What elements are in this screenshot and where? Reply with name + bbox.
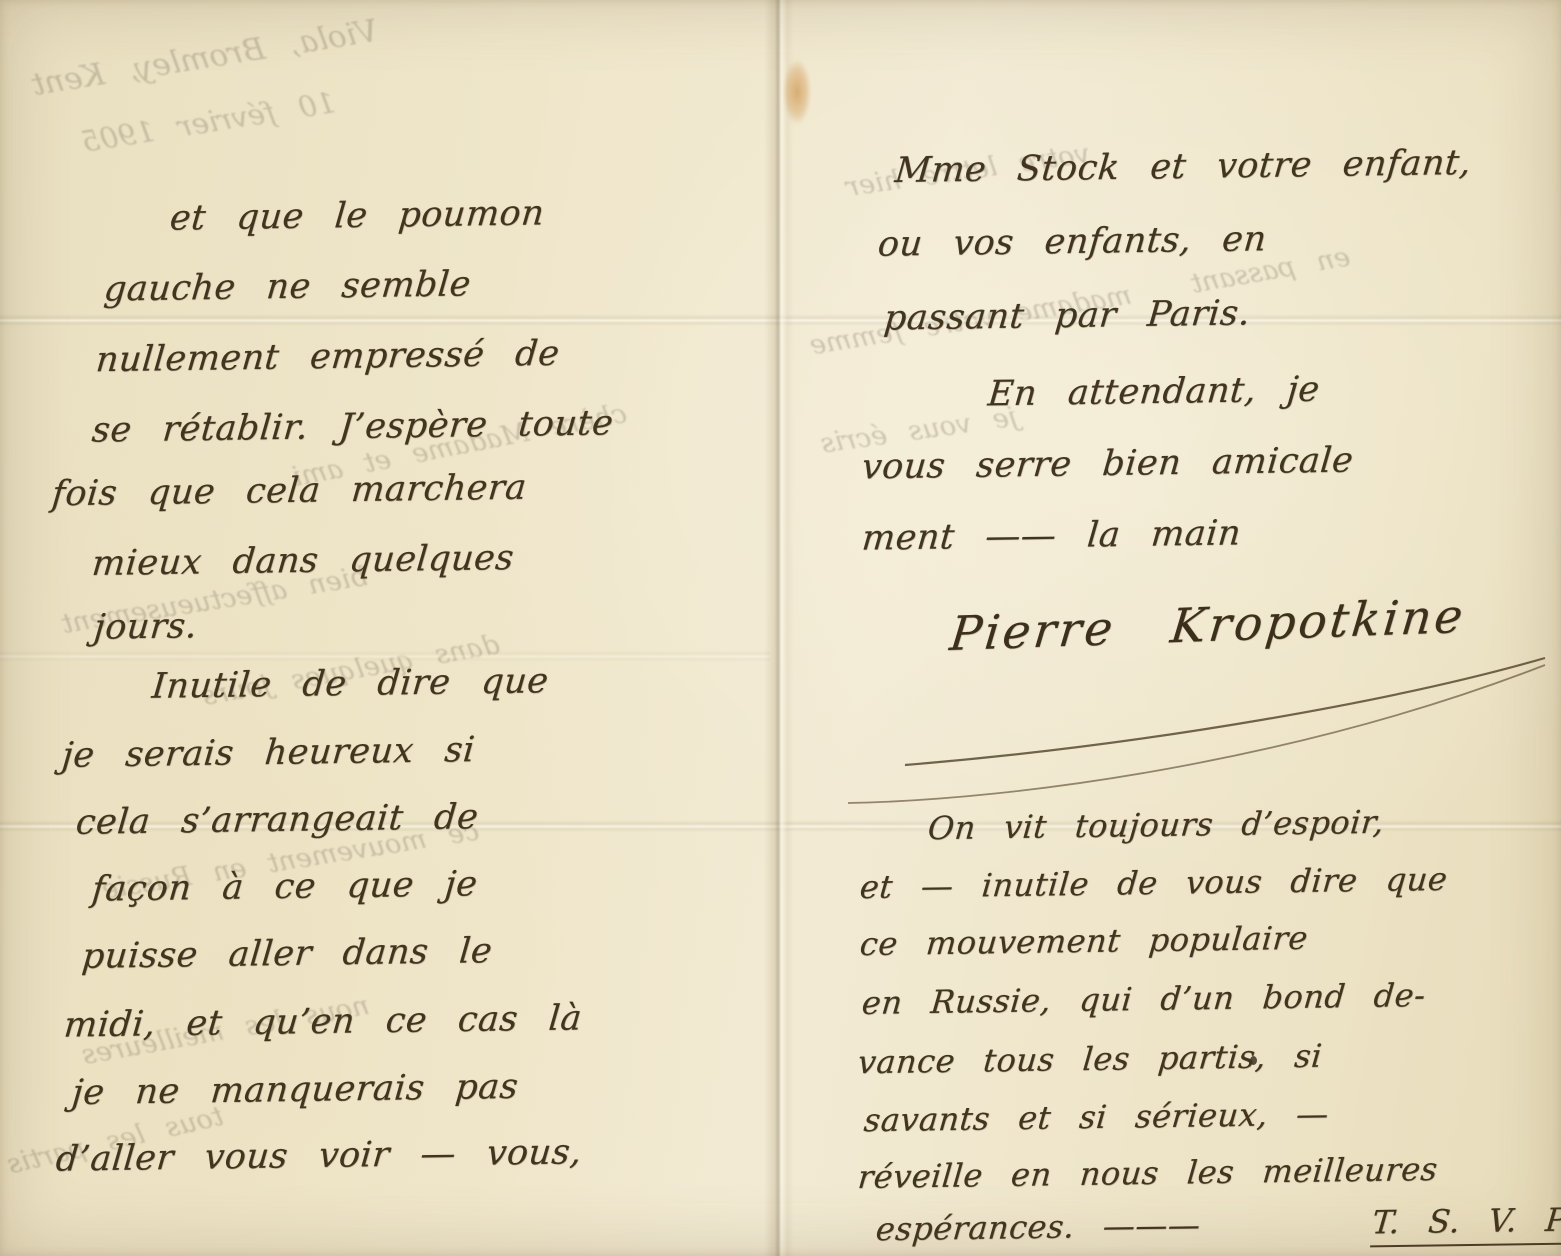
letter-line: midi, et qu’en ce cas là — [62, 998, 584, 1045]
letter-line: mieux dans quelques — [90, 538, 515, 584]
letter-line: je ne manquerais pas — [70, 1067, 520, 1113]
paper-stain — [779, 50, 815, 134]
letter-line: ment —— la main — [860, 513, 1243, 558]
letter-line: en Russie, qui d’un bond de- — [860, 976, 1427, 1022]
letter-line: vance tous les partis, si — [856, 1037, 1324, 1082]
letter-line: passant par Paris. — [882, 293, 1252, 338]
letter-line: fois que cela marchera — [50, 468, 528, 515]
letter-line: Mme Stock et votre enfant, — [893, 143, 1473, 191]
letter-line: et — inutile de vous dire que — [858, 860, 1449, 906]
letter-line: puisse aller dans le — [80, 931, 494, 977]
letter-line: savants et si sérieux, — — [862, 1095, 1330, 1140]
letter-line: Inutile de dire que — [150, 661, 550, 707]
letter-line: espérances. ——— — [874, 1206, 1202, 1249]
letter-line: On vit toujours d’espoir, — [926, 803, 1385, 847]
signature: Pierre Kropotkine — [947, 589, 1468, 662]
letter-line: ou vos enfants, en — [876, 219, 1268, 264]
letter-line: gauche ne semble — [102, 264, 472, 309]
letter-line: nullement empressé de — [94, 334, 561, 381]
letter-line: vous serre bien amicale — [860, 441, 1355, 488]
tsvp-note: T. S. V. P. — [1370, 1201, 1561, 1248]
letter-line: cela s’arrangeait de — [74, 797, 480, 843]
horizontal-crease — [0, 650, 770, 662]
letter-line: d’aller vous voir — vous, — [54, 1132, 583, 1179]
letter-line: et que le poumon — [168, 193, 546, 238]
letter-line: En attendant, je — [986, 370, 1321, 415]
letter-line: se rétablir. J’espère toute — [90, 403, 615, 450]
center-fold — [764, 0, 794, 1256]
letter-line: je serais heureux si — [60, 730, 476, 776]
letter-line: ce mouvement populaire — [858, 919, 1309, 963]
letter-line: jours. — [92, 606, 199, 647]
letter-line: réveille en nous les meilleures — [856, 1150, 1439, 1196]
letter-line: façon à ce que je — [90, 864, 479, 909]
letter-scan: Viola, Bromley, Kent 10 février 1905 chè… — [0, 0, 1561, 1256]
ghost-text-line: Viola, Bromley, Kent — [29, 13, 380, 103]
ghost-text-line: 10 février 1905 — [79, 85, 338, 159]
